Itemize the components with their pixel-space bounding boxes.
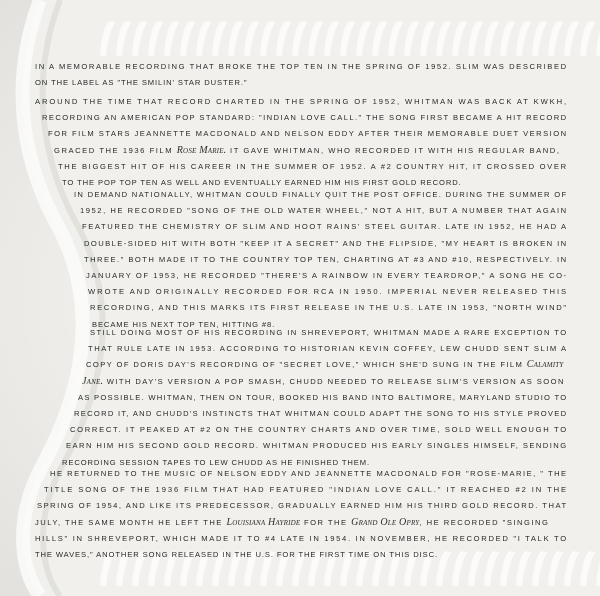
- text-line: recording, and this marks its first rele…: [90, 303, 568, 313]
- text-line: He returned to the music of Nelson Eddy …: [50, 469, 568, 479]
- text-line: recording an American pop standard: "Ind…: [42, 113, 568, 123]
- text-line: In demand nationally, Whitman could fina…: [74, 190, 567, 200]
- text-line: Hills" in Shreveport, which made it to #…: [35, 534, 568, 544]
- text-line: as possible. Whitman, then on tour, book…: [78, 393, 567, 403]
- text-line: the biggest hit of his career in the sum…: [58, 162, 568, 172]
- text-line: recording session tapes to Lew Chudd as …: [62, 458, 370, 468]
- text-line: January of 1953, he recorded "There's A …: [86, 271, 568, 281]
- text-line: graced the 1936 film Rose Marie. It gave…: [54, 146, 560, 156]
- text-line: spring of 1954, and like its predecessor…: [37, 501, 568, 511]
- text-line: earn him his second Gold Record. Whitman…: [66, 441, 568, 451]
- text-line: The Waves," another song released in the…: [35, 550, 438, 560]
- text-line: that rule late in 1953. According to his…: [88, 344, 568, 354]
- text-line: in a memorable recording that broke the …: [35, 62, 568, 72]
- text-line: Around the time that record charted in t…: [35, 97, 568, 107]
- text-line: Jane. With Day's version a pop smash, Ch…: [82, 377, 565, 387]
- text-line: for film stars Jeannette MacDonald and N…: [48, 129, 568, 139]
- text-line: July, the same month he left the Louisia…: [35, 518, 549, 528]
- text-line: title song of the 1936 film that had fea…: [44, 485, 568, 495]
- text-line: correct. It peaked at #2 on the country …: [70, 425, 568, 435]
- liner-notes-page: in a memorable recording that broke the …: [0, 0, 600, 596]
- text-line: Still doing most of his recording in Shr…: [90, 328, 568, 338]
- text-line: copy of Doris Day's recording of "Secret…: [86, 360, 563, 370]
- liner-notes-text: in a memorable recording that broke the …: [0, 0, 600, 596]
- text-line: double-sided hit with both "Keep It A Se…: [84, 239, 568, 249]
- text-line: to the pop Top Ten as well and eventuall…: [62, 178, 462, 188]
- text-line: wrote and originally recorded for RCA in…: [88, 287, 568, 297]
- text-line: record it, and Chudd's instincts that Wh…: [74, 409, 567, 419]
- text-line: featured the chemistry of Slim and Hoot …: [82, 222, 568, 232]
- text-line: Three." Both made it to the country Top …: [84, 255, 568, 265]
- text-line: 1952, he recorded "Song of the Old Water…: [80, 206, 568, 216]
- text-line: on the label as "The Smilin' Star Duster…: [35, 78, 247, 88]
